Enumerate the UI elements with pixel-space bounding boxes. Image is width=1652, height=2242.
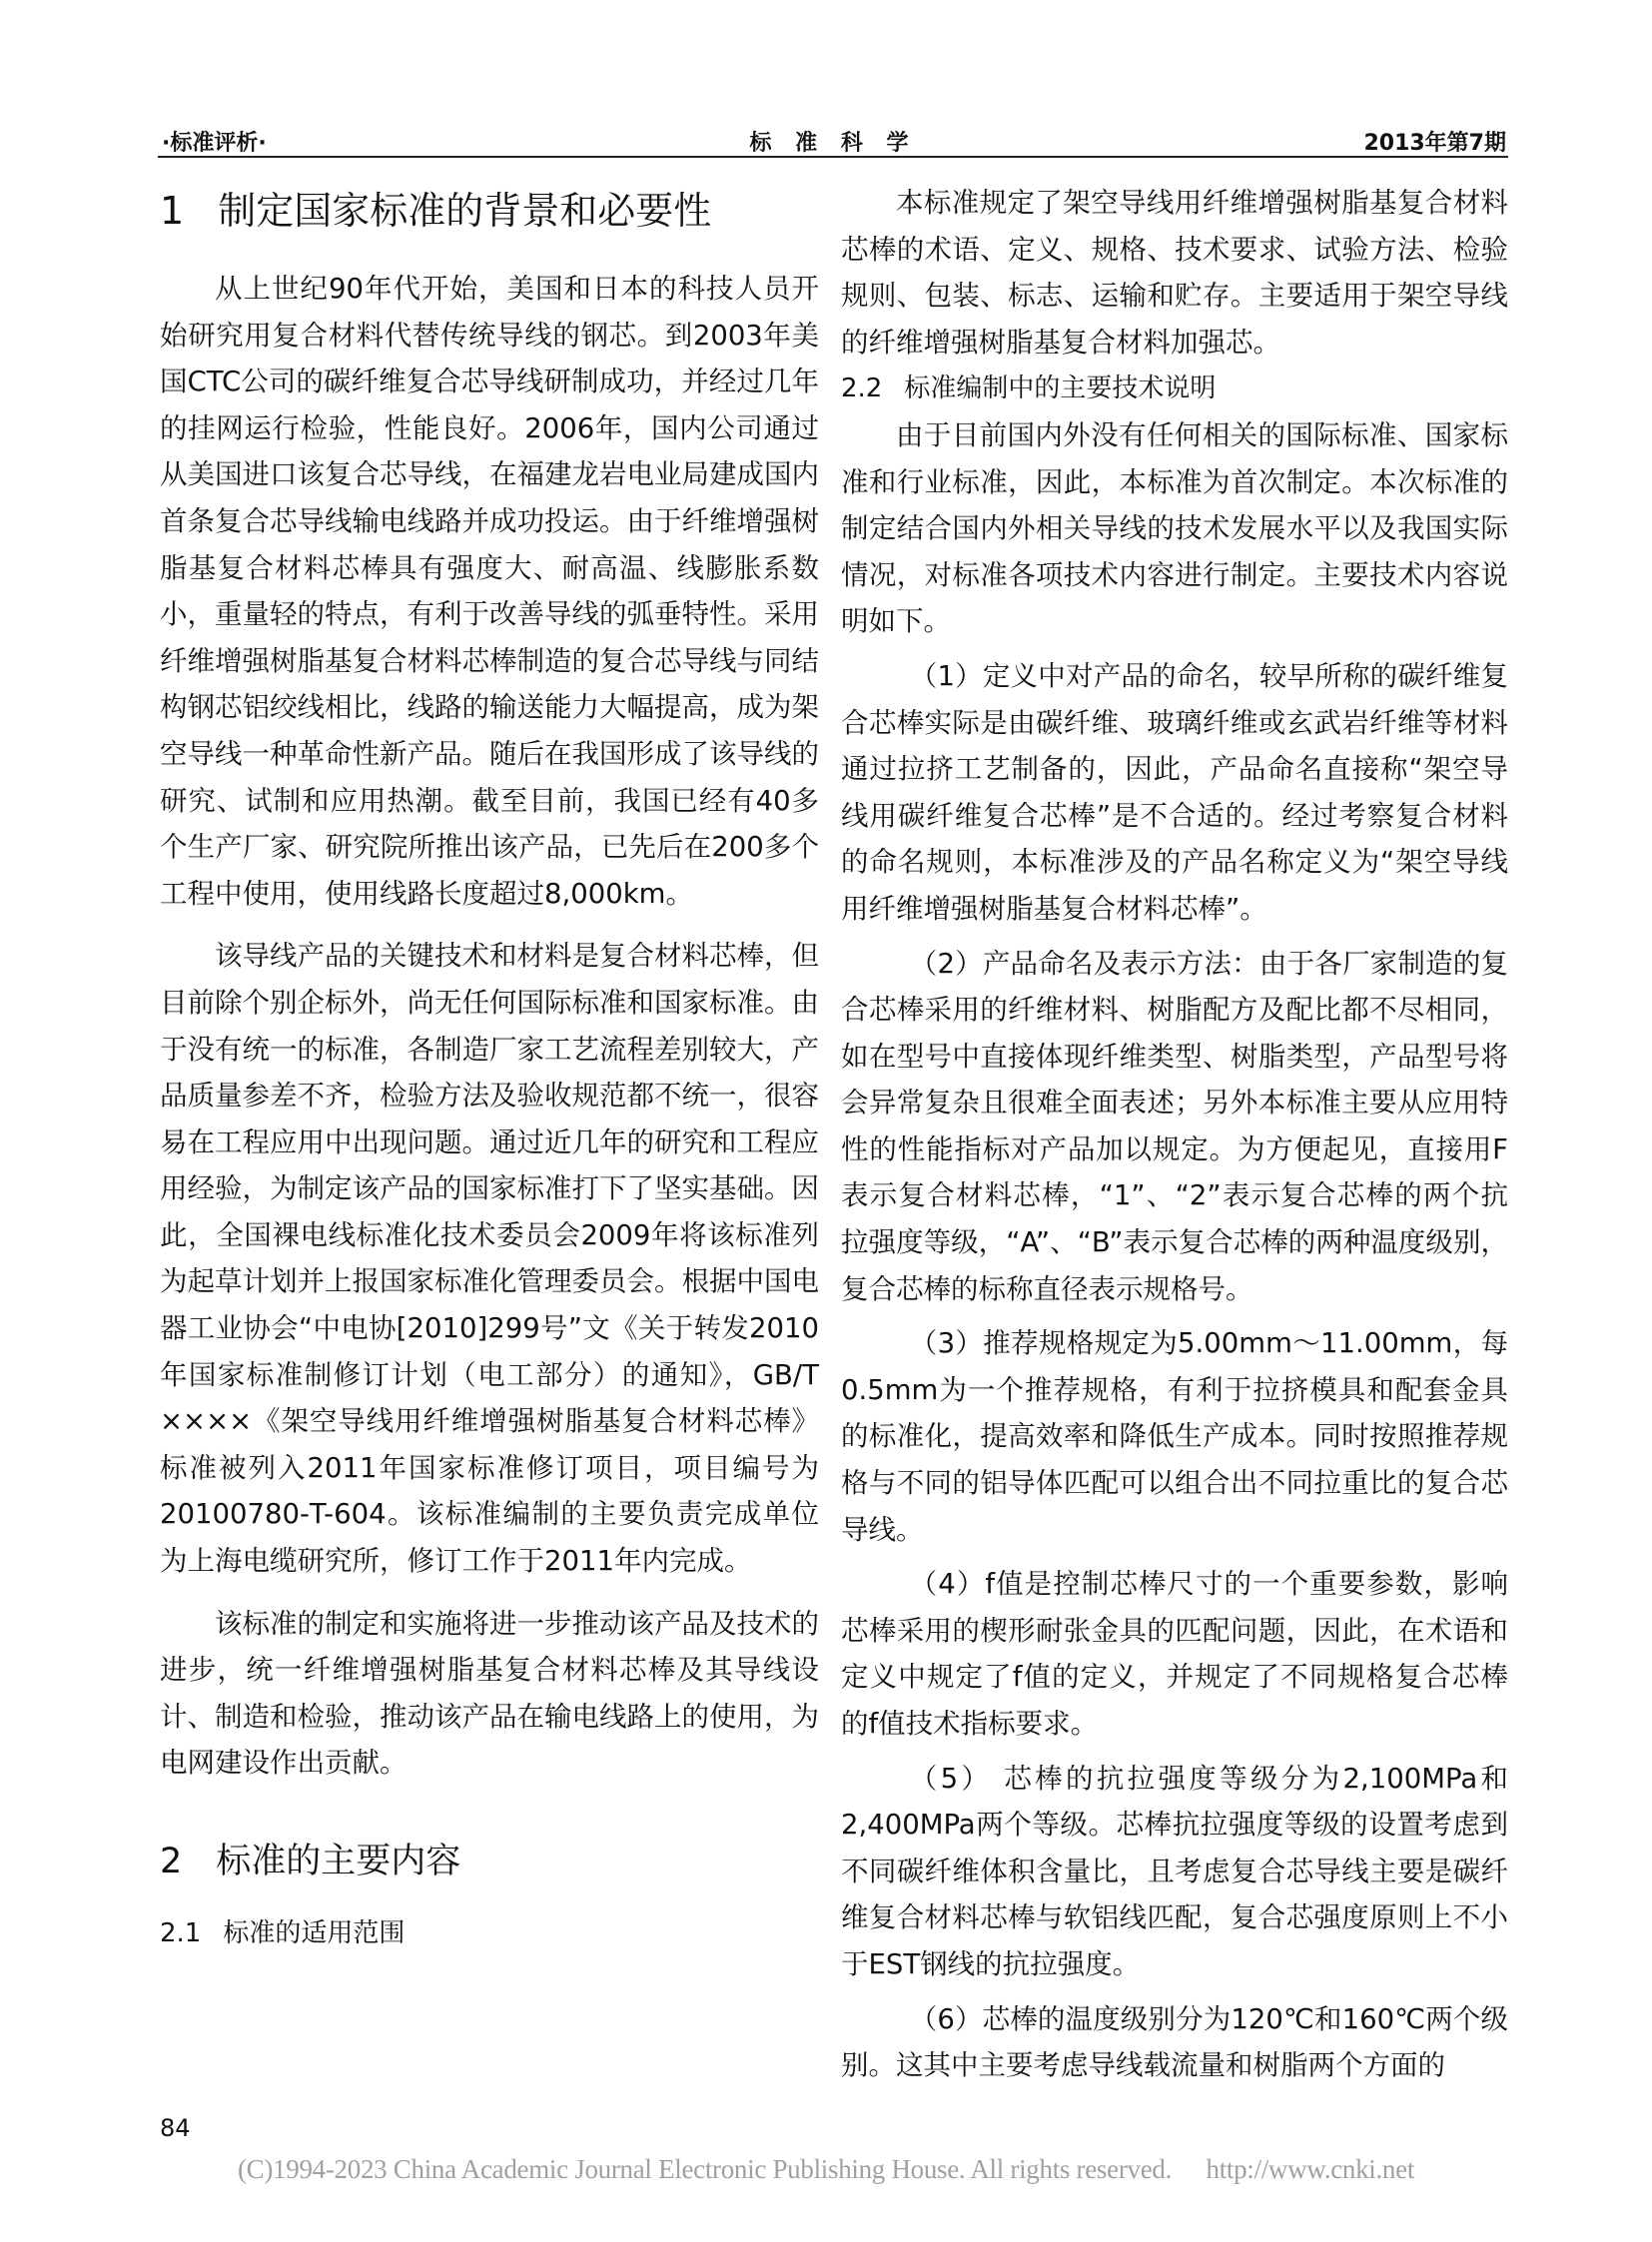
- list-item: （2）产品命名及表示方法：由于各厂家制造的复合芯棒采用的纤维材料、树脂配方及配比…: [841, 941, 1508, 1313]
- scope-paragraph: 本标准规定了架空导线用纤维增强树脂基复合材料芯棒的术语、定义、规格、技术要求、试…: [841, 180, 1508, 366]
- running-header: ·标准评析· 标 准 科 学 2013年第7期: [158, 122, 1508, 158]
- section-1-heading: 1 制定国家标准的背景和必要性: [160, 186, 819, 236]
- right-column: 本标准规定了架空导线用纤维增强树脂基复合材料芯棒的术语、定义、规格、技术要求、试…: [841, 180, 1508, 2089]
- list-item: （3）推荐规格规定为5.00mm～11.00mm，每0.5mm为一个推荐规格，有…: [841, 1320, 1508, 1553]
- list-item: （1）定义中对产品的命名，较早所称的碳纤维复合芯棒实际是由碳纤维、玻璃纤维或玄武…: [841, 653, 1508, 933]
- intro-paragraph: 由于目前国内外没有任何相关的国际标准、国家标准和行业标准，因此，本标准为首次制定…: [841, 412, 1508, 645]
- section-2-heading: 2 标准的主要内容: [160, 1837, 819, 1886]
- subsection-2-1-heading: 2.1 标准的适用范围: [160, 1910, 819, 1957]
- subsection-number: 2.2: [841, 366, 882, 412]
- subsection-title: 标准编制中的主要技术说明: [904, 366, 1216, 412]
- header-journal-title: 标 准 科 学: [158, 126, 1508, 157]
- section-number: 2: [160, 1837, 182, 1886]
- subsection-2-2-heading: 2.2 标准编制中的主要技术说明: [841, 366, 1508, 412]
- section-number: 1: [160, 186, 184, 236]
- subsection-title: 标准的适用范围: [223, 1910, 405, 1957]
- header-issue: 2013年第7期: [1363, 126, 1506, 157]
- paragraph: 该导线产品的关键技术和材料是复合材料芯棒，但目前除个别企标外，尚无任何国际标准和…: [160, 933, 819, 1584]
- paragraph: 该标准的制定和实施将进一步推动该产品及技术的进步，统一纤维增强树脂基复合材料芯棒…: [160, 1601, 819, 1787]
- left-column: 1 制定国家标准的背景和必要性 从上世纪90年代开始，美国和日本的科技人员开始研…: [160, 180, 819, 1957]
- copyright-text: (C)1994-2023 China Academic Journal Elec…: [238, 2154, 1172, 2184]
- list-item: （4）f值是控制芯棒尺寸的一个重要参数，影响芯棒采用的楔形耐张金具的匹配问题，因…: [841, 1561, 1508, 1747]
- subsection-number: 2.1: [160, 1910, 201, 1957]
- section-title: 制定国家标准的背景和必要性: [218, 186, 711, 236]
- list-item: （5） 芯棒的抗拉强度等级分为2,100MPa和2,400MPa两个等级。芯棒抗…: [841, 1756, 1508, 1988]
- page-number: 84: [160, 2114, 191, 2142]
- paragraph: 从上世纪90年代开始，美国和日本的科技人员开始研究用复合材料代替传统导线的钢芯。…: [160, 266, 819, 917]
- section-title: 标准的主要内容: [216, 1837, 460, 1886]
- copyright-notice: (C)1994-2023 China Academic Journal Elec…: [0, 2154, 1652, 2185]
- cnki-link[interactable]: http://www.cnki.net: [1207, 2154, 1415, 2184]
- list-item: （6）芯棒的温度级别分为120℃和160℃两个级别。这其中主要考虑导线载流量和树…: [841, 1996, 1508, 2089]
